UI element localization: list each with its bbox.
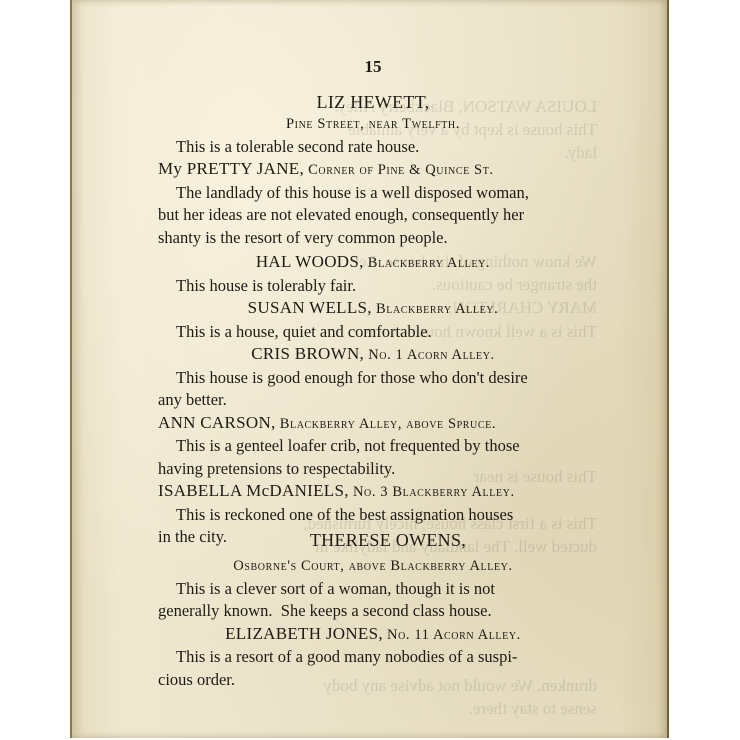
entry-description-line: but her ideas are not elevated enough, c… (158, 204, 588, 227)
entry-description-line: any better. (158, 389, 588, 412)
entry-address: Corner of Pine & Quince St. (308, 162, 494, 178)
entry-address: Blackberry Alley. (368, 255, 490, 271)
entry-heading: My PRETTY JANE, Corner of Pine & Quince … (158, 158, 588, 182)
entry-description-line: This house is good enough for those who … (158, 367, 588, 390)
page-content: 15 LIZ HEWETT, Pine Street, near Twelfth… (158, 56, 588, 691)
entry-address: Blackberry Alley, above Spruce. (280, 416, 496, 432)
entry-heading: HAL WOODS, Blackberry Alley. (158, 251, 588, 275)
entry-address: Pine Street, near Twelfth. (158, 113, 588, 136)
entry-address: No. 3 Blackberry Alley. (353, 484, 515, 500)
entry-name: My PRETTY JANE, (158, 159, 304, 178)
entry-name: HAL WOODS, (256, 252, 364, 271)
entry-name: ANN CARSON, (158, 413, 276, 432)
entry-description-line: The landlady of this house is a well dis… (158, 182, 588, 205)
bleed-line: sense to stay there. (469, 697, 597, 721)
entry-heading: ELIZABETH JONES, No. 11 Acorn Alley. (158, 623, 588, 647)
entry-name: LIZ HEWETT, (158, 91, 588, 114)
entry-description-line: having pretensions to respectability. (158, 458, 588, 481)
entry-description-line: shanty is the resort of very common peop… (158, 227, 588, 250)
entry-name: ISABELLA McDANIELS, (158, 481, 349, 500)
entry-description-line: This is a clever sort of a woman, though… (158, 578, 588, 601)
entry-description-line: generally known. She keeps a second clas… (158, 600, 588, 623)
entry-name: SUSAN WELLS, (248, 298, 372, 317)
entry-heading: ISABELLA McDANIELS, No. 3 Blackberry All… (158, 480, 588, 504)
entry-address: No. 1 Acorn Alley. (368, 347, 495, 363)
entry-heading: SUSAN WELLS, Blackberry Alley. (158, 297, 588, 321)
entry-name: CRIS BROWN, (251, 344, 364, 363)
entry-heading: ANN CARSON, Blackberry Alley, above Spru… (158, 412, 588, 436)
entry-address: Osborne's Court, above Blackberry Alley. (158, 555, 588, 578)
entry-name: ELIZABETH JONES, (225, 624, 383, 643)
entry-address: No. 11 Acorn Alley. (387, 627, 521, 643)
entry-description: This is a house, quiet and comfortable. (158, 321, 588, 344)
entry-description: This house is tolerably fair. (158, 275, 588, 298)
entry-address: Blackberry Alley. (376, 301, 498, 317)
entry-description-line: This is a resort of a good many nobodies… (158, 646, 588, 669)
entry-description: This is a tolerable second rate house. (158, 136, 588, 159)
entry-description-line: cious order. (158, 669, 588, 692)
entry-description-line: This is reckoned one of the best assigna… (158, 504, 588, 527)
page-number: 15 (158, 56, 588, 79)
entry-heading: CRIS BROWN, No. 1 Acorn Alley. (158, 343, 588, 367)
entry-description-line: This is a genteel loafer crib, not frequ… (158, 435, 588, 458)
document-page: LOUISA WATSON, Blackberry Alley. This ho… (70, 0, 669, 738)
